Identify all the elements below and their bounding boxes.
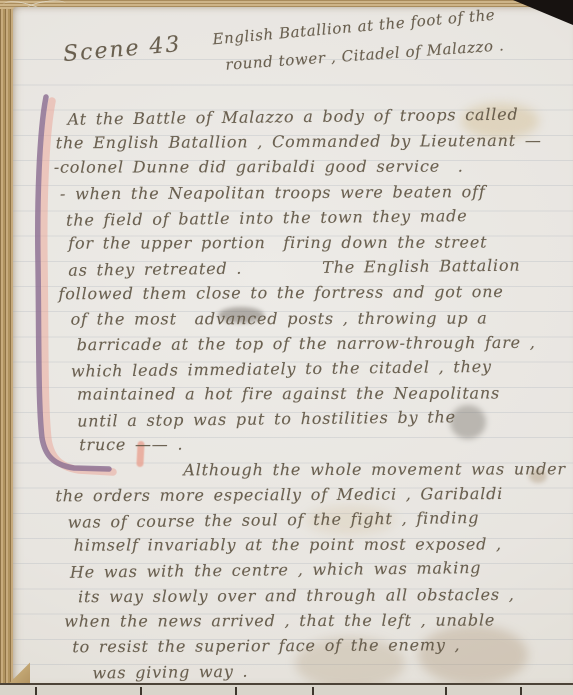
next-page-rule-mark (235, 687, 237, 695)
manuscript-line: which leads immediately to the citadel ,… (55, 353, 560, 384)
next-page-edge (0, 683, 573, 695)
manuscript-line: Although the whole movement was under (55, 456, 560, 483)
manuscript-line: -colonel Dunne did garibaldi good servic… (54, 154, 559, 181)
next-page-rule-mark (140, 687, 142, 695)
manuscript-line: truce —— . (55, 430, 560, 458)
manuscript-line: followed them close to the fortress and … (54, 279, 559, 307)
manuscript-line: of the most advanced posts , throwing up… (55, 305, 560, 332)
manuscript-line: for the upper portion firing down the st… (54, 229, 559, 256)
manuscript-body: At the Battle of Malazzo a body of troop… (53, 103, 561, 685)
manuscript-line: when the news arrived , that the left , … (56, 607, 561, 634)
manuscript-line: - when the Neapolitan troops were beaten… (54, 178, 559, 206)
manuscript-line: was of course the soul of the fight , fi… (56, 504, 561, 535)
next-page-rule-mark (445, 687, 447, 695)
manuscript-line: the field of battle into the town they m… (54, 202, 559, 233)
manuscript-line: the English Batallion , Commanded by Lie… (54, 128, 559, 156)
manuscript-line: maintained a hot fire against the Neapol… (55, 380, 560, 407)
manuscript-photo: Scene 43 English Batallion at the foot o… (0, 0, 573, 695)
manuscript-page: Scene 43 English Batallion at the foot o… (13, 7, 573, 683)
next-page-rule-mark (520, 687, 522, 695)
next-page-rule-mark (35, 687, 37, 695)
manuscript-line: its way slowly over and through all obst… (56, 581, 561, 609)
next-page-rule-mark (312, 687, 314, 695)
manuscript-line: was giving way . (56, 655, 561, 686)
